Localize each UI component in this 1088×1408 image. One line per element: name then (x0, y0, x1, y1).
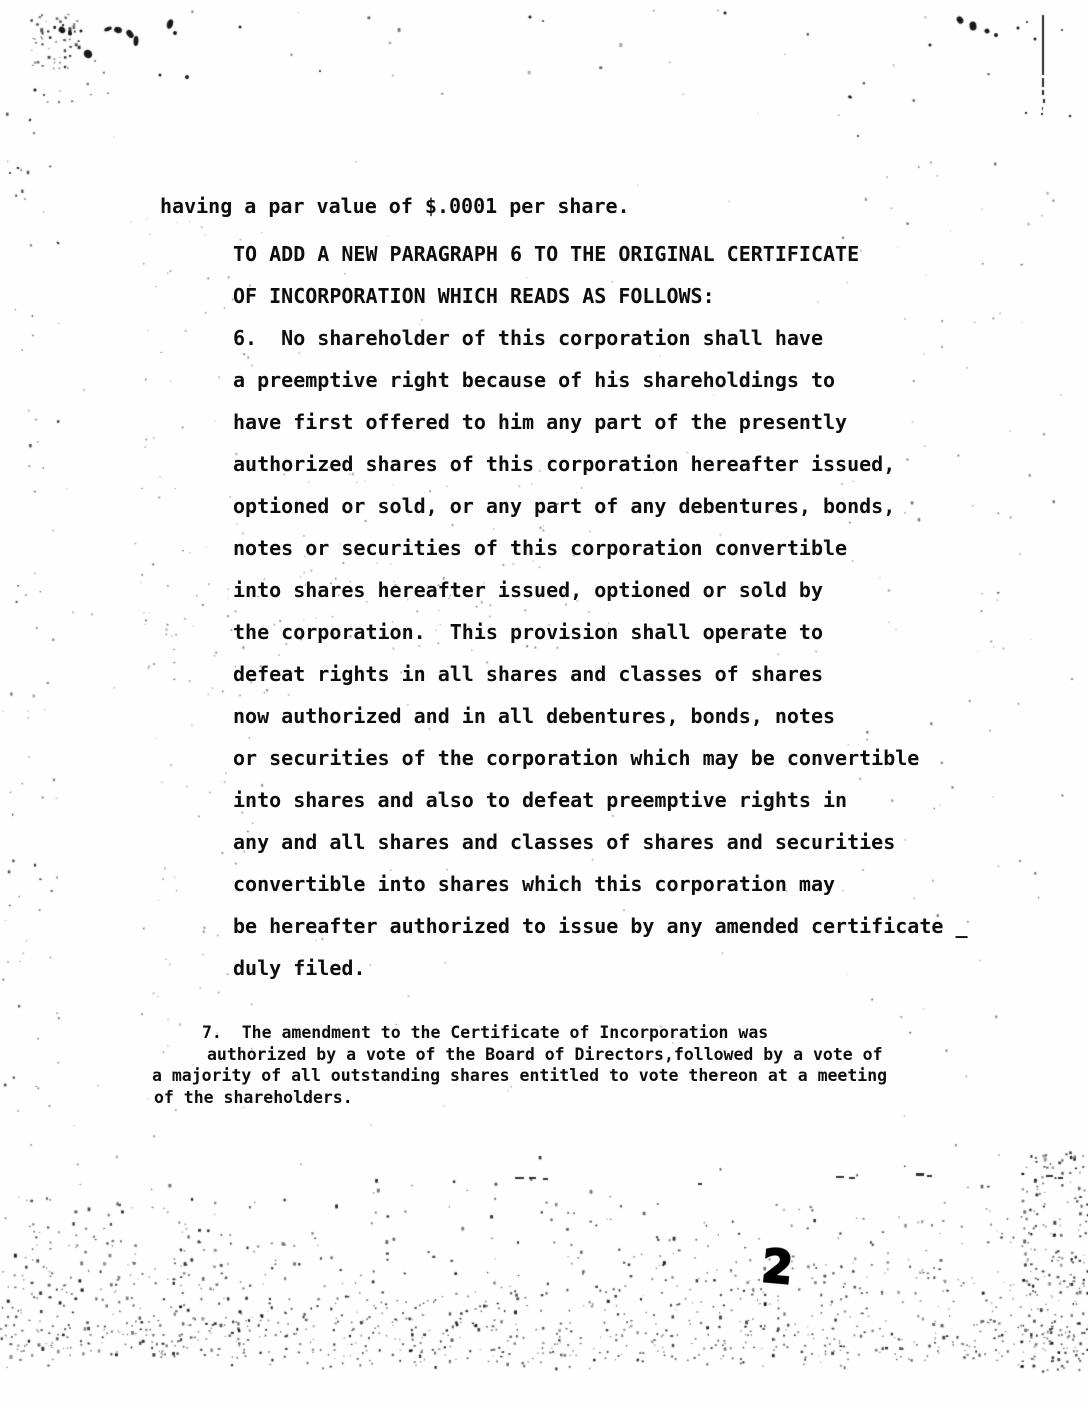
amendment-body: TO ADD A NEW PARAGRAPH 6 TO THE ORIGINAL… (233, 233, 968, 989)
paragraph7-line: 7. The amendment to the Certificate of I… (202, 1022, 887, 1044)
paragraph6-line: authorized shares of this corporation he… (233, 443, 968, 485)
paragraph6-line: have first offered to him any part of th… (233, 401, 968, 443)
scanned-document-page: having a par value of $.0001 per share. … (0, 0, 1088, 1408)
paragraph6-line: notes or securities of this corporation … (233, 527, 968, 569)
paragraph6-line: now authorized and in all debentures, bo… (233, 695, 968, 737)
paragraph6-line: into shares and also to defeat preemptiv… (233, 779, 968, 821)
paragraph6-line: convertible into shares which this corpo… (233, 863, 968, 905)
paragraph6-line: be hereafter authorized to issue by any … (233, 905, 968, 947)
paragraph7-line: of the shareholders. (154, 1087, 887, 1109)
paragraph7: 7. The amendment to the Certificate of I… (152, 1022, 887, 1108)
intro-line: having a par value of $.0001 per share. (160, 192, 630, 220)
paragraph7-line: a majority of all outstanding shares ent… (152, 1065, 887, 1087)
paragraph6-line: 6. No shareholder of this corporation sh… (233, 317, 968, 359)
paragraph6-line: duly filed. (233, 947, 968, 989)
paragraph6-line: optioned or sold, or any part of any deb… (233, 485, 968, 527)
paragraph6-line: or securities of the corporation which m… (233, 737, 968, 779)
paragraph6-line: defeat rights in all shares and classes … (233, 653, 968, 695)
paragraph6-line: the corporation. This provision shall op… (233, 611, 968, 653)
paragraph6-line: any and all shares and classes of shares… (233, 821, 968, 863)
paragraph6-line: into shares hereafter issued, optioned o… (233, 569, 968, 611)
heading-line: OF INCORPORATION WHICH READS AS FOLLOWS: (233, 275, 968, 317)
paragraph6-line: a preemptive right because of his shareh… (233, 359, 968, 401)
paragraph7-line: authorized by a vote of the Board of Dir… (207, 1044, 887, 1066)
heading-line: TO ADD A NEW PARAGRAPH 6 TO THE ORIGINAL… (233, 233, 968, 275)
handwritten-page-number: 2 (760, 1240, 795, 1296)
